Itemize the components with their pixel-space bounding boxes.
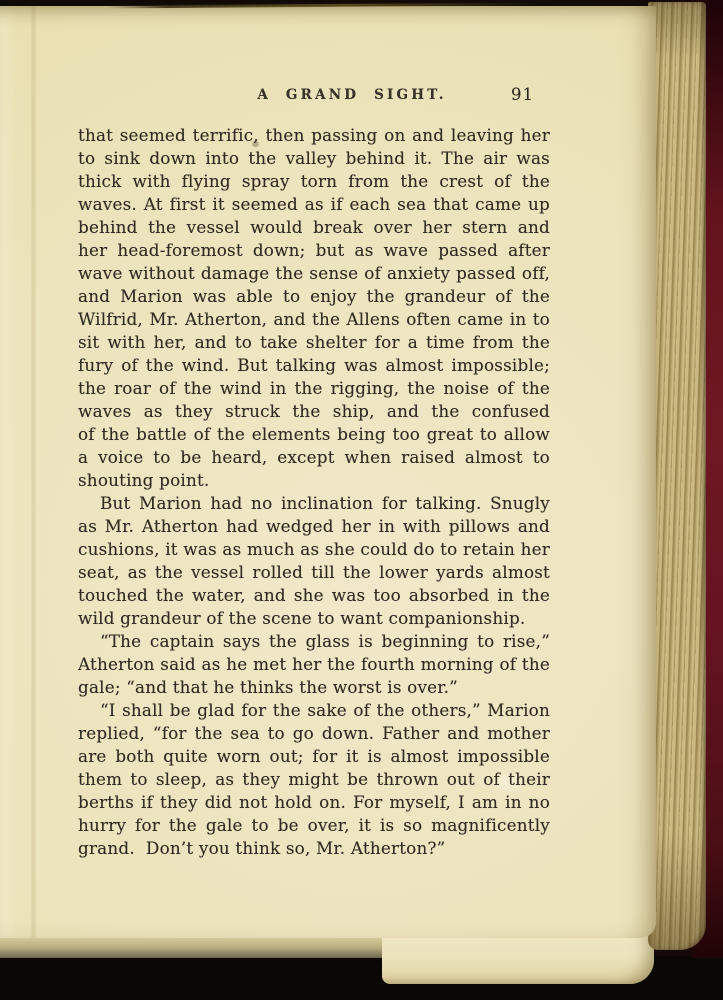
text-line: waves. At first it seemed as if each sea… bbox=[78, 193, 550, 216]
paragraph: But Marion had no inclination for talkin… bbox=[78, 492, 550, 630]
page-number: 91 bbox=[511, 85, 534, 104]
page-fore-edge-stack bbox=[648, 2, 706, 950]
text-line: hurry for the gale to be over, it is so … bbox=[78, 814, 550, 837]
text-line: But Marion had no inclination for talkin… bbox=[78, 492, 550, 515]
text-line: “I shall be glad for the sake of the oth… bbox=[78, 699, 550, 722]
text-line: and Marion was able to enjoy the grandeu… bbox=[78, 285, 550, 308]
paragraph: “The captain says the glass is beginning… bbox=[78, 630, 550, 699]
text-line: Wilfrid, Mr. Atherton, and the Allens of… bbox=[78, 308, 550, 331]
text-line: her head-foremost down; but as wave pass… bbox=[78, 239, 550, 262]
text-line: “The captain says the glass is beginning… bbox=[78, 630, 550, 653]
text-line: are both quite worn out; for it is almos… bbox=[78, 745, 550, 768]
text-line: wave without damage the sense of anxiety… bbox=[78, 262, 550, 285]
body-text: that seemed terrific, then passing on an… bbox=[78, 124, 550, 860]
text-line: that seemed terrific, then passing on an… bbox=[78, 124, 550, 147]
scanned-book-photo: A GRAND SIGHT. 91 that seemed terrific, … bbox=[0, 0, 723, 1000]
text-line: behind the vessel would break over her s… bbox=[78, 216, 550, 239]
page-header: A GRAND SIGHT. 91 bbox=[78, 87, 550, 107]
text-line: grand. Don’t you think so, Mr. Atherton?… bbox=[78, 837, 550, 860]
text-line: the roar of the wind in the rigging, the… bbox=[78, 377, 550, 400]
text-line: sit with her, and to take shelter for a … bbox=[78, 331, 550, 354]
text-line: as Mr. Atherton had wedged her in with p… bbox=[78, 515, 550, 538]
text-line: Atherton said as he met her the fourth m… bbox=[78, 653, 550, 676]
text-line: cushions, it was as much as she could do… bbox=[78, 538, 550, 561]
text-line: berths if they did not hold on. For myse… bbox=[78, 791, 550, 814]
text-line: thick with flying spray torn from the cr… bbox=[78, 170, 550, 193]
text-line: replied, “for the sea to go down. Father… bbox=[78, 722, 550, 745]
text-line: them to sleep, as they might be thrown o… bbox=[78, 768, 550, 791]
text-line: touched the water, and she was too absor… bbox=[78, 584, 550, 607]
text-line: a voice to be heard, except when raised … bbox=[78, 446, 550, 469]
text-line: to sink down into the valley behind it. … bbox=[78, 147, 550, 170]
paragraph: “I shall be glad for the sake of the oth… bbox=[78, 699, 550, 860]
text-line: shouting point. bbox=[78, 469, 550, 492]
paragraph: that seemed terrific, then passing on an… bbox=[78, 124, 550, 492]
text-line: wild grandeur of the scene to want compa… bbox=[78, 607, 550, 630]
text-line: seat, as the vessel rolled till the lowe… bbox=[78, 561, 550, 584]
text-line: gale; “and that he thinks the worst is o… bbox=[78, 676, 550, 699]
text-line: waves as they struck the ship, and the c… bbox=[78, 400, 550, 423]
text-line: of the battle of the elements being too … bbox=[78, 423, 550, 446]
text-line: fury of the wind. But talking was almost… bbox=[78, 354, 550, 377]
